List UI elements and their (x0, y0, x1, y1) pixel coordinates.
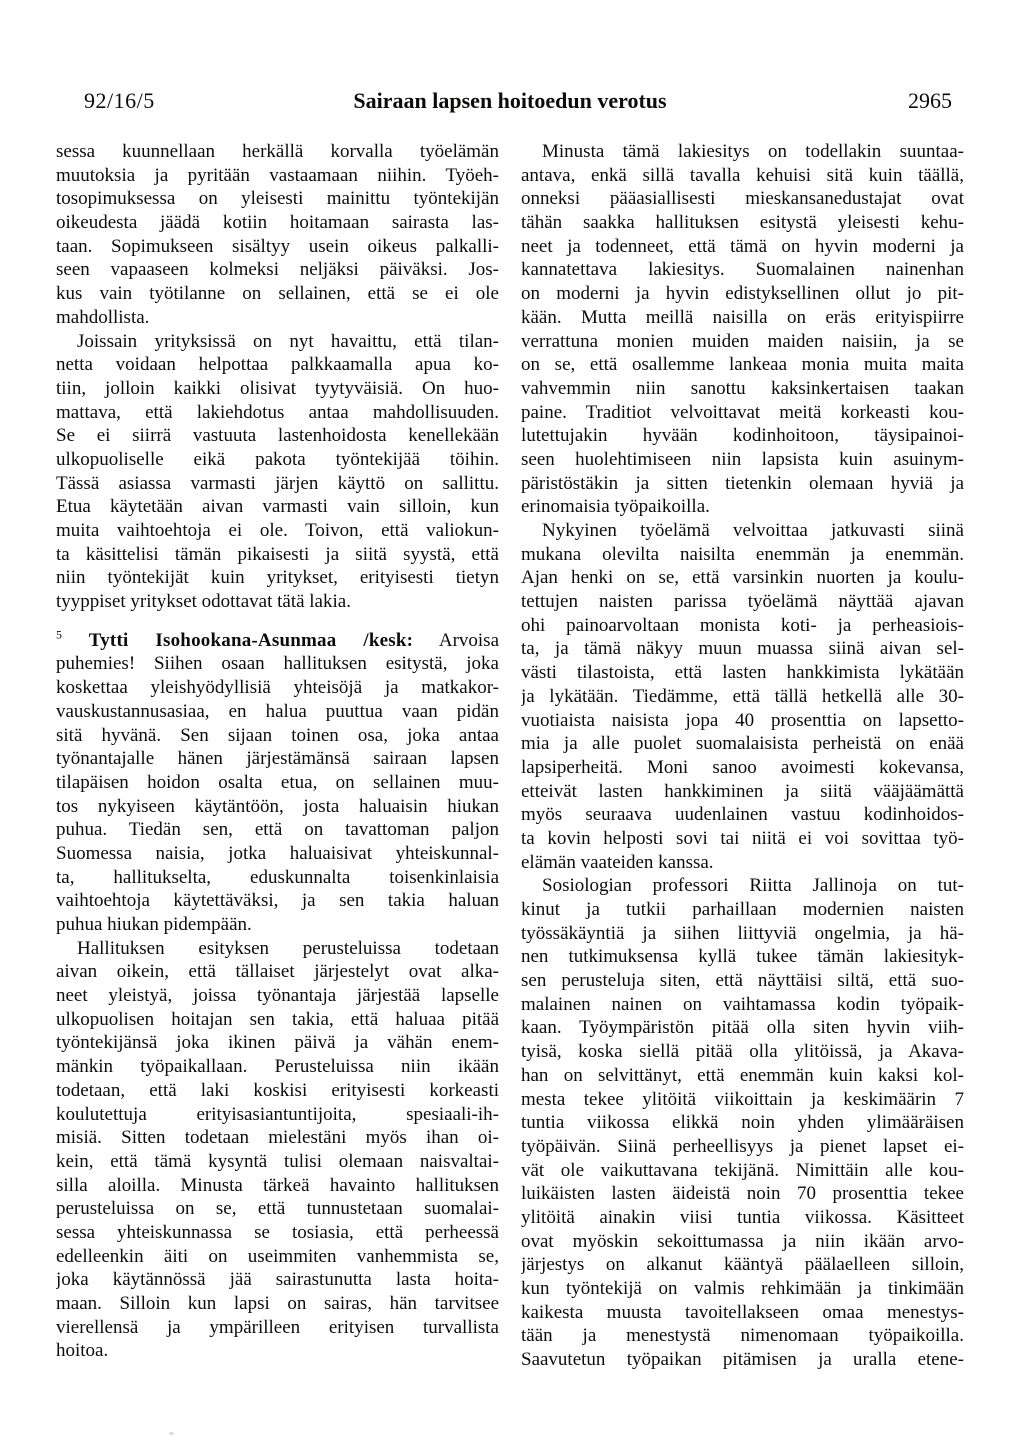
right-column: Minusta tämä lakiesitys on todellakin su… (521, 140, 964, 1372)
text-line: taan. Sopimukseen sisältyy usein oikeus … (56, 235, 499, 259)
text-line: sitä hyvänä. Sen sijaan toinen osa, joka… (56, 724, 499, 748)
text-line: ja lykätään. Tiedämme, että tällä hetkel… (521, 685, 964, 709)
text-line: tyyppiset yritykset odottavat tätä lakia… (56, 590, 499, 614)
text-line: hoitoa. (56, 1339, 499, 1363)
text-line: tuntia viikossa elikkä noin yhden ylimää… (521, 1111, 964, 1135)
text-line: työnantajalle hänen järjestämänsä sairaa… (56, 747, 499, 771)
text-line: on moderni ja hyvin edistyksellinen ollu… (521, 282, 964, 306)
text-line: puhua hiukan pidempään. (56, 913, 499, 937)
speaker-name: Tytti Isohookana-Asunmaa /kesk: (89, 630, 413, 651)
text-line: paine. Traditiot velvoittavat meitä kork… (521, 401, 964, 425)
text-line: työntekijänsä joka ikinen päivä ja vähän… (56, 1031, 499, 1055)
text-line: kään. Mutta meillä naisilla on eräs erit… (521, 306, 964, 330)
text-line: tyisä, koska siellä pitää olla ylitöissä… (521, 1040, 964, 1064)
text-line: Saavutetun työpaikan pitämisen ja uralla… (521, 1348, 964, 1372)
text-line: kinut ja tutkii parhaillaan modernien na… (521, 898, 964, 922)
text-line: han on selvittänyt, että enemmän kuin ka… (521, 1064, 964, 1088)
text-line: Ajan henki on se, että varsinkin nuorten… (521, 566, 964, 590)
text-line: neet yleistyä, joissa työnantaja järjest… (56, 984, 499, 1008)
text-line: myös seuraava uudenlainen vastuu kodinho… (521, 803, 964, 827)
text-line: ta käsittelisi tämän pikaisesti ja siitä… (56, 543, 499, 567)
text-line: puhemies! Siihen osaan hallituksen esity… (56, 652, 499, 676)
text-line: mia ja alle puolet suomalaisista perheis… (521, 732, 964, 756)
text-line: kein, että tämä kysyntä tulisi olemaan n… (56, 1150, 499, 1174)
text-line: maan. Silloin kun lapsi on sairas, hän t… (56, 1292, 499, 1316)
text-line: ulkopuolisen hoitajan sen takia, että ha… (56, 1008, 499, 1032)
text-line: onneksi pääasiallisesti mieskansanedusta… (521, 187, 964, 211)
text-line: puhua. Tiedän sen, että on tavattoman pa… (56, 818, 499, 842)
text-line: päristöstäkin ja sitten tietenkin olemaa… (521, 472, 964, 496)
text-line: ta kovin helposti sovi tai niitä ei voi … (521, 827, 964, 851)
text-line: koulutettuja erityisasiantuntijoita, spe… (56, 1103, 499, 1127)
paragraph: Joissain yrityksissä on nyt havaittu, et… (56, 330, 499, 614)
text-line: luikäisten lasten äideistä noin 70 prose… (521, 1182, 964, 1206)
text-line: sen perusteluja siten, että näyttäisi si… (521, 969, 964, 993)
paragraph: Sosiologian professori Riitta Jallinoja … (521, 874, 964, 1371)
text-line: vauskustannusasiaa, en halua puuttua vaa… (56, 700, 499, 724)
paragraph: Hallituksen esityksen perusteluissa tode… (56, 937, 499, 1363)
text-line: vuotiaista naisista jopa 40 prosenttia o… (521, 709, 964, 733)
text-line: tähän saakka hallituksen esitystä yleise… (521, 211, 964, 235)
text-line: perusteluissa on se, että tunnustetaan s… (56, 1197, 499, 1221)
text-line: Etua käytetään aivan varmasti vain sillo… (56, 495, 499, 519)
text-line: ylitöitä ainakin viisi tuntia viikossa. … (521, 1206, 964, 1230)
text-line: ohi painoarvoltaan monista koti- ja perh… (521, 614, 964, 638)
paragraph: Nykyinen työelämä velvoittaa jatkuvasti … (521, 519, 964, 874)
text-line: sessa kuunnellaan herkällä korvalla työe… (56, 140, 499, 164)
paragraph: 5 Tytti Isohookana-Asunmaa /kesk: Arvois… (56, 629, 499, 937)
text-line: kaikesta muusta tavoitellakseen omaa men… (521, 1301, 964, 1325)
text-line: Se ei siirrä vastuuta lastenhoidosta ken… (56, 424, 499, 448)
text-line: erinomaisia työpaikoilla. (521, 495, 964, 519)
speech-number: 5 (56, 629, 62, 642)
text-line: Minusta tämä lakiesitys on todellakin su… (521, 140, 964, 164)
text-line: ta, ja tämä näkyy muun muassa siinä aiva… (521, 637, 964, 661)
text-line: muutoksia ja pyritään vastaamaan niihin.… (56, 164, 499, 188)
text-line: muita vaihtoehtoja ei ole. Toivon, että … (56, 519, 499, 543)
text-line: seen huolehtimiseen niin lapsista kuin a… (521, 448, 964, 472)
text-line: Nykyinen työelämä velvoittaa jatkuvasti … (521, 519, 964, 543)
text-line: malainen nainen on vaihtamassa kodin työ… (521, 993, 964, 1017)
text-line: tos nykyiseen käytäntöön, josta haluaisi… (56, 795, 499, 819)
text-line: tettujen naisten parissa työelämä näyttä… (521, 590, 964, 614)
text-line: kannatettava lakiesitys. Suomalainen nai… (521, 258, 964, 282)
text-line: todetaan, että laki koskisi erityisesti … (56, 1079, 499, 1103)
text-line: mahdollista. (56, 306, 499, 330)
text-line: 5 Tytti Isohookana-Asunmaa /kesk: Arvois… (56, 629, 499, 653)
text-line: seen vapaaseen kolmeksi neljäksi päiväks… (56, 258, 499, 282)
text-line: tosopimuksessa on yleisesti mainittu työ… (56, 187, 499, 211)
text-line: ulkopuoliselle eikä pakota työntekijää t… (56, 448, 499, 472)
text-line: ta, hallitukselta, eduskunnalta toisenki… (56, 866, 499, 890)
text-line: elämän vaateiden kanssa. (521, 851, 964, 875)
text-line: Joissain yrityksissä on nyt havaittu, et… (56, 330, 499, 354)
text-line: Tässä asiassa varmasti järjen käyttö on … (56, 472, 499, 496)
text-line: verrattuna monien muiden maiden naisiin,… (521, 330, 964, 354)
text-line: lutettujakin hyvään kodinhoitoon, täysip… (521, 424, 964, 448)
text-line: vahvemmin niin sanottu kaksinkertaisen t… (521, 377, 964, 401)
text-line: niin työntekijät kuin yritykset, erityis… (56, 566, 499, 590)
text-line: mattava, että lakiehdotus antaa mahdolli… (56, 401, 499, 425)
text-line: Sosiologian professori Riitta Jallinoja … (521, 874, 964, 898)
text-line: aivan oikein, että tällaiset järjestelyt… (56, 960, 499, 984)
text-line: sessa yhteiskunnassa se tosiasia, että p… (56, 1221, 499, 1245)
paragraph: sessa kuunnellaan herkällä korvalla työe… (56, 140, 499, 330)
page-header: 92/16/5 Sairaan lapsen hoitoedun verotus… (56, 88, 964, 118)
text-line: kus vain työtilanne on sellainen, että s… (56, 282, 499, 306)
text-line: on se, että osallemme lankeaa monia muit… (521, 353, 964, 377)
text-line: joka käytännössä jää sairastunutta lasta… (56, 1268, 499, 1292)
text-line: nen tutkimuksensa kyllä tukee tämän laki… (521, 945, 964, 969)
text-line: kun työntekijä on valmis rehkimään ja ti… (521, 1277, 964, 1301)
text-line: Hallituksen esityksen perusteluissa tode… (56, 937, 499, 961)
text-line: ovat myöskin sekoittumassa ja niin ikään… (521, 1230, 964, 1254)
text-line: vät ole vaikuttavana tekijänä. Nimittäin… (521, 1159, 964, 1183)
text-line: kaan. Työympäristön pitää olla siten hyv… (521, 1016, 964, 1040)
text-line: netta voidaan helpottaa palkkaamalla apu… (56, 353, 499, 377)
text-line: tiin, jolloin kaikki olisivat tyytyväisi… (56, 377, 499, 401)
text-line: Suomessa naisia, jotka haluaisivat yhtei… (56, 842, 499, 866)
text-line: etteivät lasten hankkiminen ja siitä vää… (521, 780, 964, 804)
text-line: misiä. Sitten todetaan mielestäni myös i… (56, 1126, 499, 1150)
text-line: mänkin työpaikallaan. Perusteluissa niin… (56, 1055, 499, 1079)
text-line: lapsiperheitä. Moni sanoo avoimesti koke… (521, 756, 964, 780)
text-line: silla aloilla. Minusta tärkeä havainto h… (56, 1174, 499, 1198)
text-line: mesta tekee ylitöitä viikoittain ja kesk… (521, 1088, 964, 1112)
scan-artifact-dot (169, 1432, 174, 1435)
text-line: neet ja todenneet, että tämä on hyvin mo… (521, 235, 964, 259)
text-line: työpäivän. Siinä perheellisyys ja pienet… (521, 1135, 964, 1159)
text-line: vaihtoehtoja käytettäväksi, ja sen takia… (56, 889, 499, 913)
text-line: tilapäisen hoidon osalta etua, on sellai… (56, 771, 499, 795)
text-line: työssäkäyntiä ja siihen liittyviä ongelm… (521, 922, 964, 946)
page-title: Sairaan lapsen hoitoedun verotus (56, 88, 964, 114)
page-number: 2965 (908, 88, 952, 114)
text-line: västi tilastoista, että lasten hankkimis… (521, 661, 964, 685)
text-columns: sessa kuunnellaan herkällä korvalla työe… (56, 140, 964, 1372)
text-line: oikeudesta jäädä kotiin hoitamaan sairas… (56, 211, 499, 235)
text-line: vierellensä ja ympärilleen erityisen tur… (56, 1316, 499, 1340)
document-page: 92/16/5 Sairaan lapsen hoitoedun verotus… (0, 0, 1024, 1450)
text-line: antava, enkä sillä tavalla kehuisi sitä … (521, 164, 964, 188)
text-line: edelleenkin äiti on useimmiten vanhemmis… (56, 1245, 499, 1269)
left-column: sessa kuunnellaan herkällä korvalla työe… (56, 140, 499, 1372)
text-line: järjestys on alkanut kääntyä päälaelleen… (521, 1253, 964, 1277)
text-line: koskettaa yleishyödyllisiä yhteisöjä ja … (56, 676, 499, 700)
text-line: mukana olevilta naisilta enemmän ja enem… (521, 543, 964, 567)
text-line: tään ja menestystä nimenomaan työpaikoil… (521, 1324, 964, 1348)
paragraph: Minusta tämä lakiesitys on todellakin su… (521, 140, 964, 519)
